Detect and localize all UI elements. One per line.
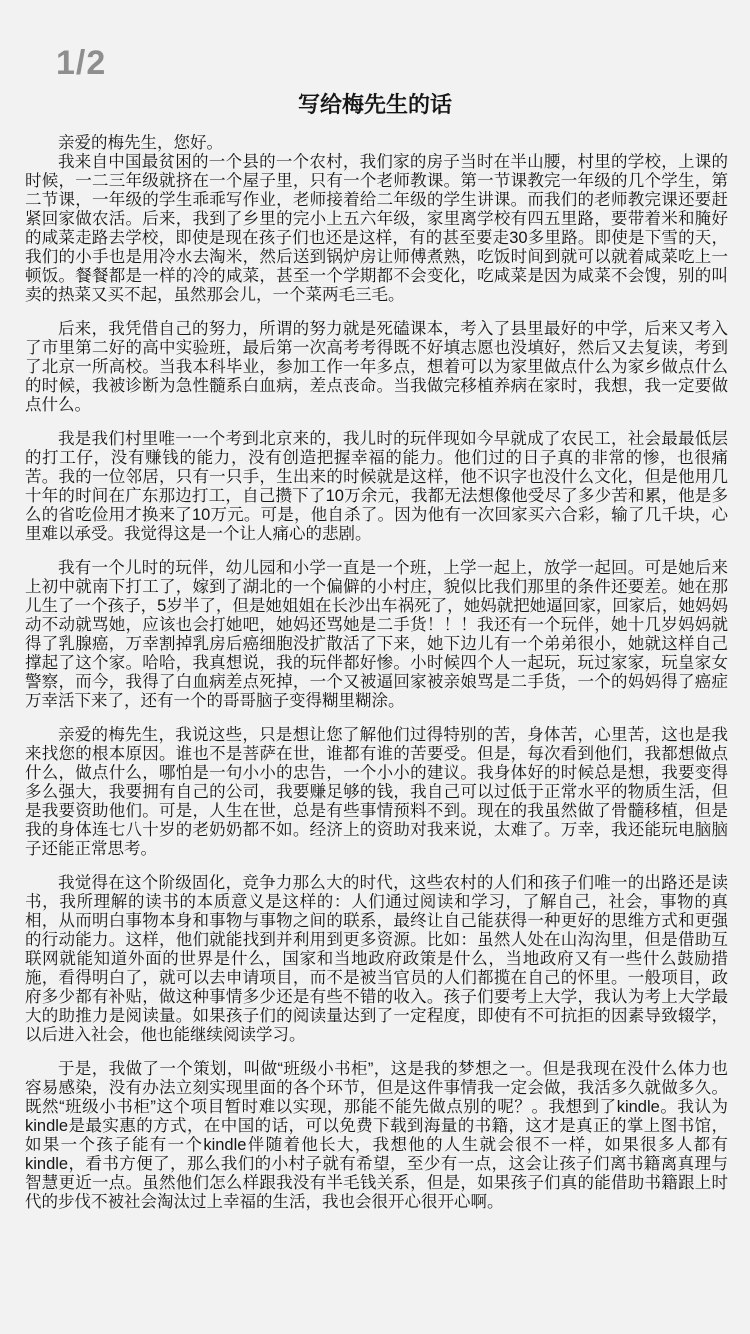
document-body: 亲爱的梅先生，您好。我来自中国最贫困的一个县的一个农村，我们家的房子当时在半山腰… [0,134,750,1212]
document-page: 1/2 写给梅先生的话 亲爱的梅先生，您好。我来自中国最贫困的一个县的一个农村，… [0,0,750,1334]
paragraph: 于是，我做了一个策划，叫做“班级小书柜”，这是我的梦想之一。但是我现在没什么体力… [25,1060,728,1212]
paragraph: 我来自中国最贫困的一个县的一个农村，我们家的房子当时在半山腰，村里的学校，上课的… [25,153,728,305]
document-title: 写给梅先生的话 [0,0,750,119]
page-indicator: 1/2 [56,44,106,83]
paragraph: 我有一个儿时的玩伴，幼儿园和小学一直是一个班，上学一起上，放学一起回。可是她后来… [25,559,728,711]
salutation: 亲爱的梅先生，您好。 [25,134,728,153]
paragraph: 我觉得在这个阶级固化，竞争力那么大的时代，这些农村的人们和孩子们唯一的出路还是读… [25,874,728,1045]
paragraph: 亲爱的梅先生，我说这些，只是想让您了解他们过得特别的苦，身体苦，心里苦，这也是我… [25,726,728,859]
paragraph: 我是我们村里唯一一个考到北京来的，我儿时的玩伴现如今早就成了农民工，社会最最低层… [25,430,728,544]
paragraph: 后来，我凭借自己的努力，所谓的努力就是死磕课本，考入了县里最好的中学，后来又考入… [25,320,728,415]
